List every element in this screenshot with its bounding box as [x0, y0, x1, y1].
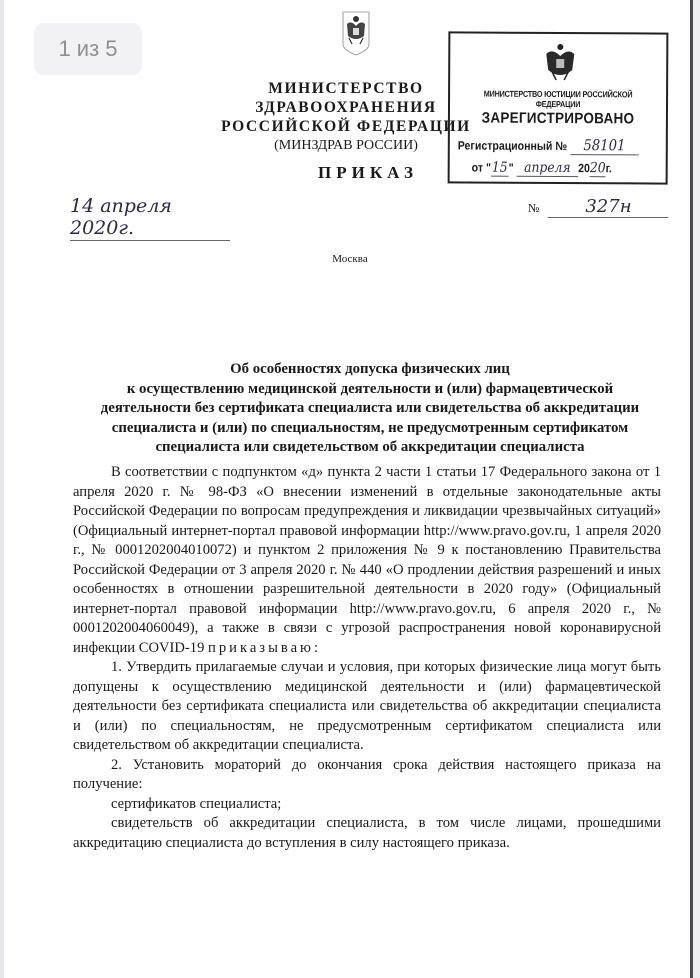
stamp-date-prefix: от " — [472, 161, 491, 175]
viewer-left-edge — [0, 0, 4, 978]
title-line-1: Об особенностях допуска физических лиц — [70, 360, 670, 380]
item-2a-paragraph: сертификатов специалиста; — [73, 795, 661, 815]
stamp-date-year-suffix: 20 — [590, 160, 606, 177]
order-number-label: № — [528, 201, 539, 215]
order-title: Об особенностях допуска физических лиц к… — [70, 360, 670, 458]
preamble-text: В соответствии с подпунктом «д» пункта 2… — [73, 464, 661, 656]
stamp-reg-label: Регистрационный № — [458, 138, 567, 153]
stamp-status: ЗАРЕГИСТРИРОВАНО — [461, 109, 655, 127]
order-body: В соответствии с подпунктом «д» пункта 2… — [73, 463, 661, 853]
registration-stamp: МИНИСТЕРСТВО ЮСТИЦИИ РОССИЙСКОЙ ФЕДЕРАЦИ… — [448, 31, 669, 184]
stamp-coat-of-arms-icon — [542, 42, 578, 82]
title-line-3: деятельности без сертификата специалиста… — [70, 399, 670, 419]
order-date-handwritten: 14 апреля 2020г. — [70, 195, 230, 241]
viewer-scrollbar[interactable] — [690, 0, 700, 978]
item-2-paragraph: 2. Установить мораторий до окончания сро… — [73, 756, 661, 795]
stamp-date-day: 15 — [491, 160, 509, 177]
document-type-heading: ПРИКАЗ — [318, 163, 418, 183]
title-line-2: к осуществлению медицинской деятельности… — [70, 380, 670, 400]
order-city: Москва — [0, 253, 700, 265]
stamp-reg-number: 58101 — [570, 136, 639, 155]
coat-of-arms-icon — [341, 10, 371, 56]
stamp-registration-number-row: Регистрационный № 58101 — [458, 135, 636, 155]
stamp-date-end: г. — [606, 161, 612, 175]
stamp-organization: МИНИСТЕРСТВО ЮСТИЦИИ РОССИЙСКОЙ ФЕДЕРАЦИ… — [466, 89, 650, 110]
item-1-paragraph: 1. Утвердить прилагаемые случаи и услови… — [73, 658, 661, 756]
order-number-value: 327н — [548, 196, 668, 218]
preamble-paragraph: В соответствии с подпунктом «д» пункта 2… — [73, 463, 661, 658]
title-line-4: специалиста и (или) по специальностям, н… — [70, 419, 670, 439]
stamp-date-year-prefix: 20 — [578, 161, 590, 175]
order-number-row: № 327н — [528, 196, 668, 218]
stamp-date-row: от "15" апреля2020г. — [472, 160, 638, 178]
item-2b-paragraph: свидетельств об аккредитации специалиста… — [73, 814, 661, 853]
page-counter-badge: 1 из 5 — [34, 23, 142, 75]
order-word: приказываю: — [208, 640, 321, 656]
title-line-5: специалиста или свидетельством об аккред… — [70, 438, 670, 458]
stamp-date-month: апреля — [517, 160, 579, 177]
stamp-date-quote: " — [509, 161, 514, 175]
